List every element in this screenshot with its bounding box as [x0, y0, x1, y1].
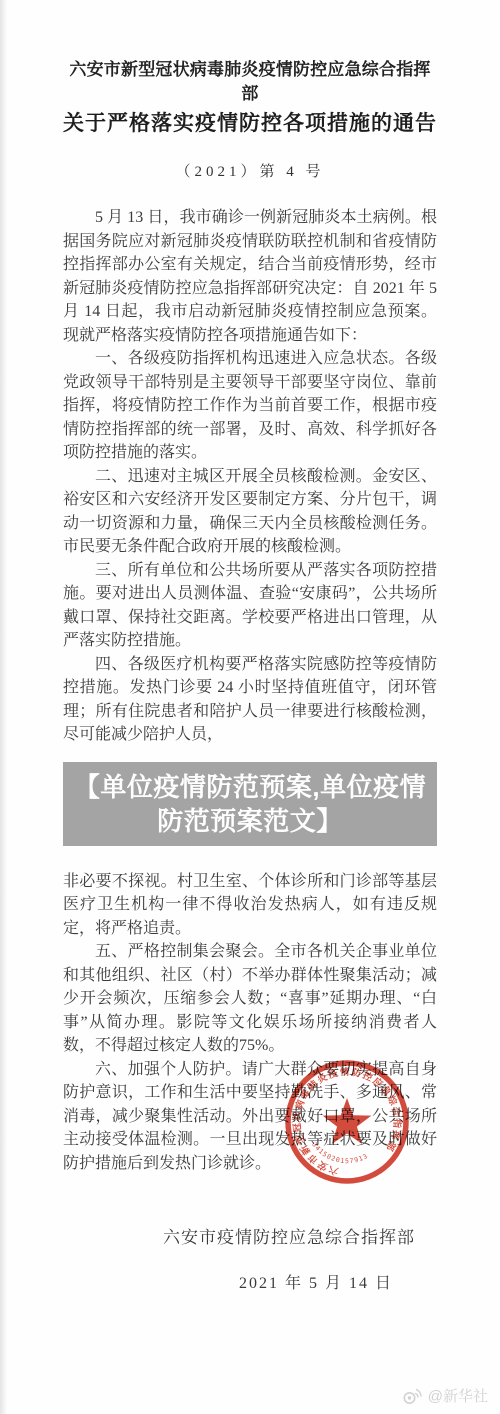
- document-number: （2021）第 4 号: [63, 160, 437, 181]
- doc-paragraph-item5: 五、严格控制集会聚会。全市各机关企事业单位和其他组织、社区（村）不举办群体性聚集…: [63, 940, 437, 1058]
- document-title-subject: 关于严格落实疫情防控各项措施的通告: [63, 109, 437, 138]
- watermark-handle: @新华社: [428, 1385, 488, 1406]
- doc-paragraph-item3: 三、所有单位和公共场所要从严落实各项防控措施。要对进出人员测体温、查验“安康码”…: [63, 559, 437, 653]
- doc-paragraph-item4-part2: 非必要不探视。村卫生室、个体诊所和门诊部等基层医疗卫生机构一律不得收治发热病人，…: [63, 870, 437, 941]
- doc-paragraph-item4-part1: 四、各级医疗机构要严格落实院感防控等疫情防控措施。发热门诊要 24 小时坚持值班…: [63, 653, 437, 747]
- footer-watermark: @新华社: [401, 1385, 488, 1406]
- signature-org: 六安市疫情防控应急综合指挥部: [63, 1223, 437, 1248]
- document-title-org: 六安市新型冠状病毒肺炎疫情防控应急综合指挥部: [63, 58, 437, 106]
- doc-paragraph-intro: 5 月 13 日，我市确诊一例新冠肺炎本土病例。根据国务院应对新冠肺炎疫情联防联…: [63, 206, 437, 347]
- doc-paragraph-item2: 二、迅速对主城区开展全员核酸检测。金安区、裕安区和六安经济开发区要制定方案、分片…: [63, 465, 437, 559]
- doc-paragraph-item6: 六、加强个人防护。请广大群众要切实提高自身防护意识，工作和生活中要坚持勤洗手、多…: [63, 1058, 437, 1176]
- signature-date: 2021 年 5 月 14 日: [63, 1270, 437, 1293]
- document-body: 5 月 13 日，我市确诊一例新冠肺炎本土病例。根据国务院应对新冠肺炎疫情联防联…: [63, 206, 437, 1175]
- notice-document: 六安市新型冠状病毒肺炎疫情防控应急综合指挥部 关于严格落实疫情防控各项措施的通告…: [0, 0, 500, 1293]
- signature-block: 六安市疫情防控应急综合指挥部 2021 年 5 月 14 日: [63, 1223, 437, 1293]
- weibo-icon: [401, 1387, 423, 1405]
- overlay-keyword-banner: 【单位疫情防范预案,单位疫情防范预案范文】: [63, 762, 437, 846]
- doc-paragraph-item1: 一、各级疫防指挥机构迅速进入应急状态。各级党政领导干部特别是主要领导干部要坚守岗…: [63, 347, 437, 465]
